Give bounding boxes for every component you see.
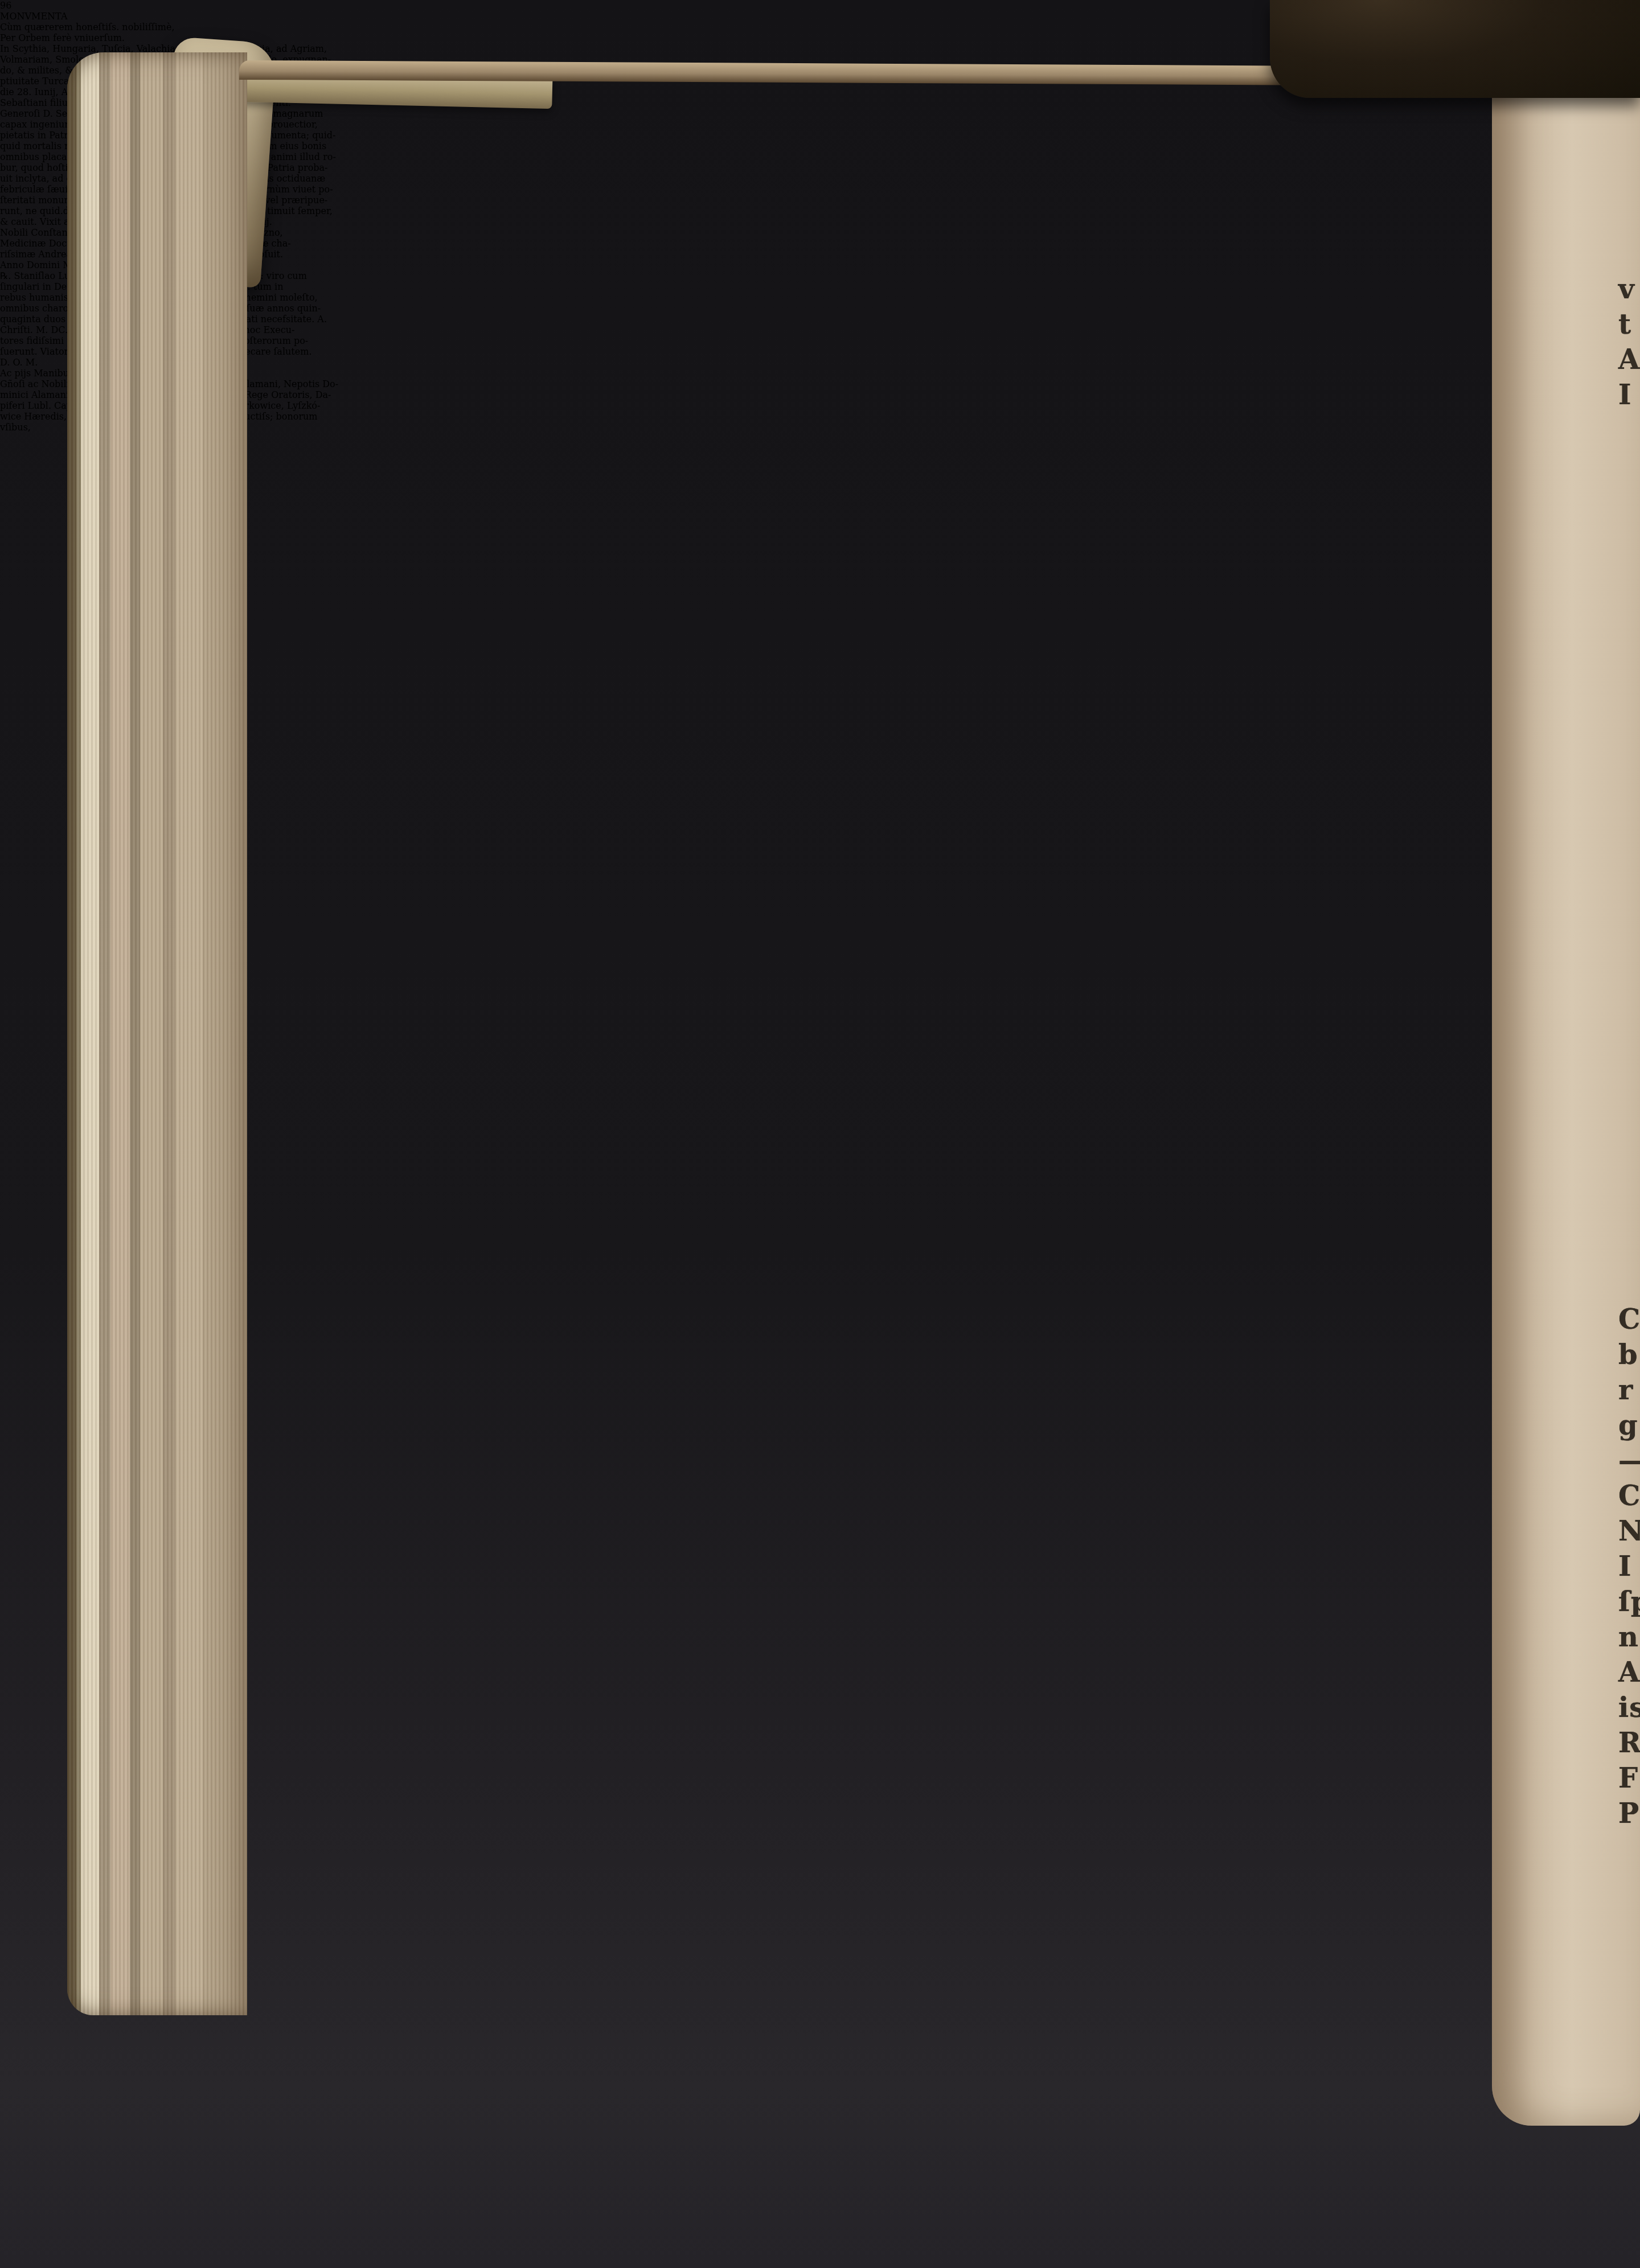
edge-fragment: — (1618, 1447, 1640, 1475)
edge-fragment: I (1618, 1553, 1640, 1581)
facing-page-sliver: v t A I C b r g — C N I ſp n A is R F P (1492, 25, 1640, 2126)
edge-fragment: A (1618, 1659, 1640, 1687)
edge-fragment: C (1618, 1306, 1640, 1334)
binding-spine-top (1270, 0, 1640, 98)
edge-fragment: v (1618, 276, 1640, 303)
edge-fragment: t (1618, 311, 1640, 339)
edge-fragment: b (1618, 1341, 1640, 1369)
facing-page-fragments-bottom: C b r g — C N I ſp n A is R F P (1618, 1306, 1640, 1828)
edge-fragment: P (1618, 1800, 1640, 1828)
edge-fragment: r (1618, 1377, 1640, 1404)
fore-edge-page-stack (67, 52, 247, 2015)
edge-fragment: g (1618, 1412, 1640, 1440)
facing-page-fragments-top: v t A I (1618, 276, 1640, 409)
edge-fragment: is (1618, 1694, 1640, 1722)
edge-fragment: C (1618, 1482, 1640, 1510)
edge-fragment: N (1618, 1518, 1640, 1546)
edge-fragment: n (1618, 1624, 1640, 1651)
edge-fragment: I (1618, 381, 1640, 409)
edge-fragment: A (1618, 346, 1640, 374)
edge-fragment: R (1618, 1729, 1640, 1757)
edge-fragment: ſp (1618, 1588, 1640, 1616)
edge-fragment: F (1618, 1765, 1640, 1793)
scan-background: v t A I C b r g — C N I ſp n A is R F P (0, 0, 1640, 2268)
